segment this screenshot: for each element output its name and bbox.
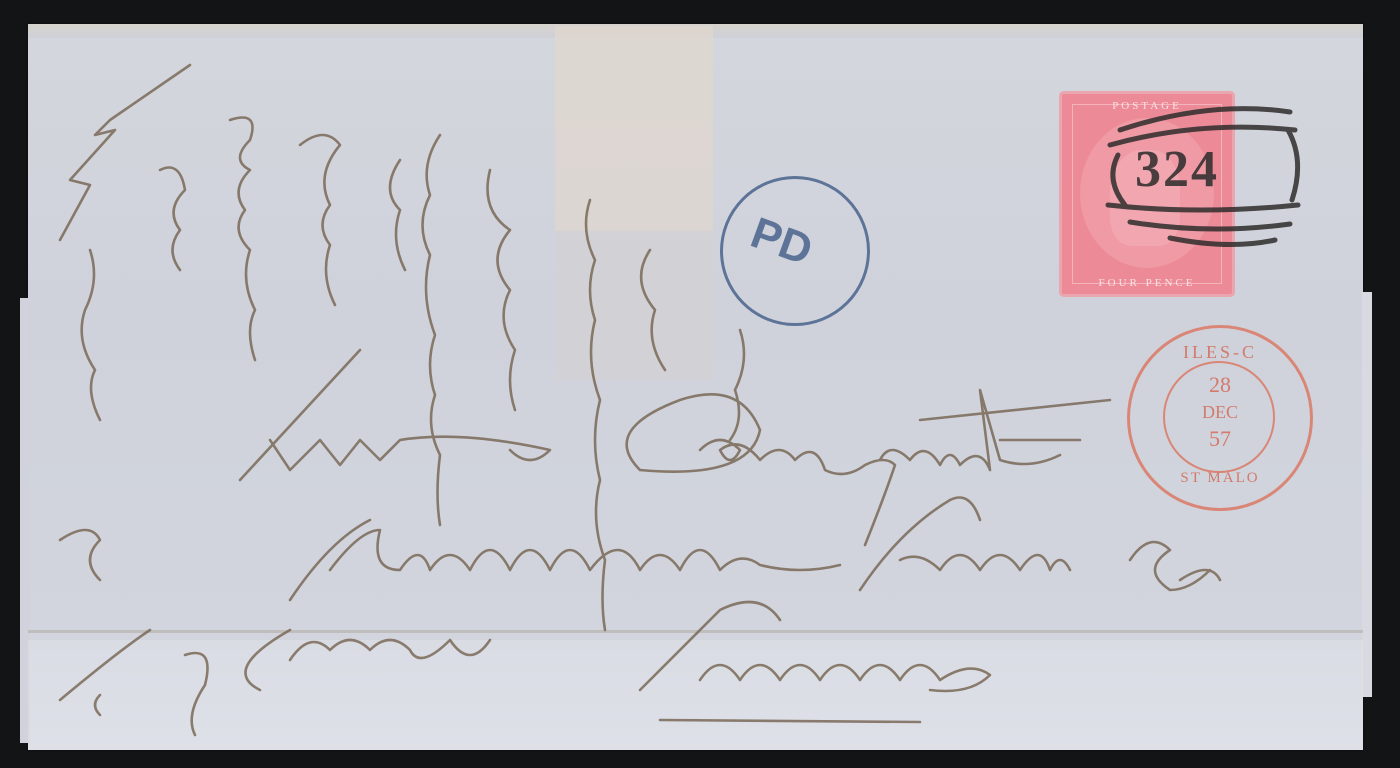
datestamp-month: DEC [1130, 402, 1310, 423]
pd-text: PD [744, 208, 819, 276]
datestamp-year: 57 [1130, 426, 1310, 452]
st-malo-datestamp: ILES-C 28 DEC 57 ST MALO [1127, 325, 1313, 511]
datestamp-top: ILES-C [1130, 342, 1310, 363]
cancel-numeral: 324 [1135, 140, 1219, 199]
datestamp-day: 28 [1130, 372, 1310, 398]
pd-handstamp: PD [720, 176, 870, 326]
datestamp-bottom: ST MALO [1130, 470, 1310, 487]
